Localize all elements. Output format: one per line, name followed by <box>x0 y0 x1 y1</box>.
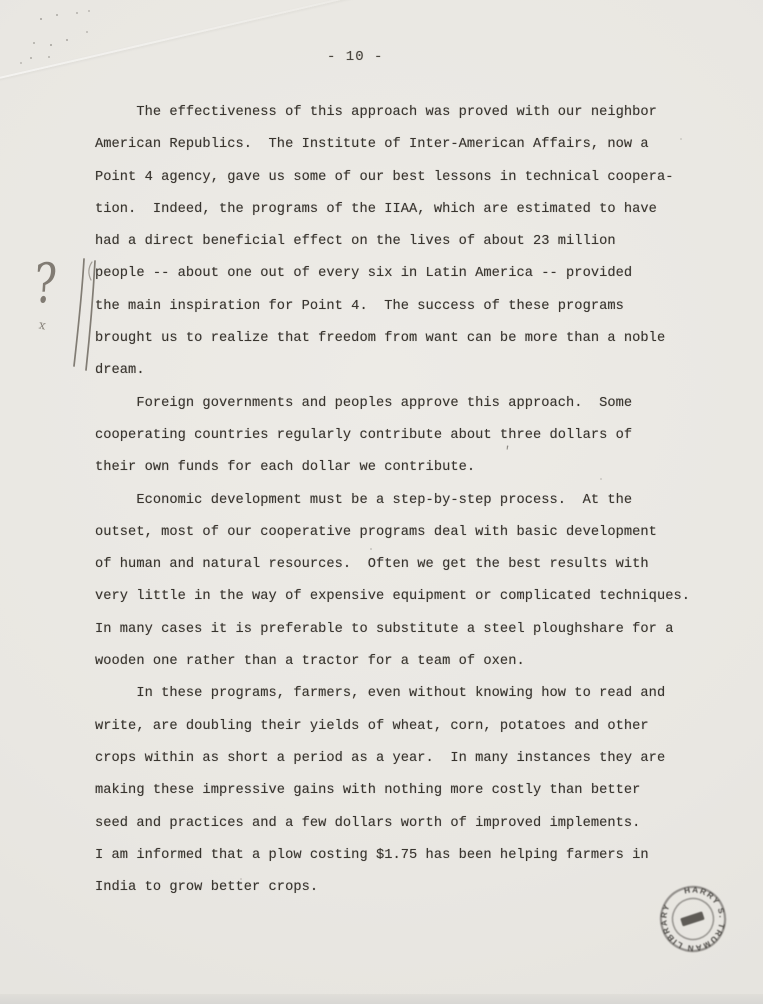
typed-line-19: In these programs, farmers, even without… <box>95 678 715 710</box>
typed-line-17: In many cases it is preferable to substi… <box>95 614 715 646</box>
library-stamp-icon: HARRY S. TRUMAN LIBRARY <box>654 880 732 958</box>
paper-crease <box>0 0 467 88</box>
typed-line-4: tion. Indeed, the programs of the IIAA, … <box>95 194 715 226</box>
typed-line-11: cooperating countries regularly contribu… <box>95 420 715 452</box>
typed-line-1: The effectiveness of this approach was p… <box>95 97 715 129</box>
page-number: - 10 - <box>327 49 383 65</box>
typed-line-5: had a direct beneficial effect on the li… <box>95 226 715 258</box>
typed-line-16: very little in the way of expensive equi… <box>95 581 715 613</box>
typed-line-3: Point 4 agency, gave us some of our best… <box>95 162 715 194</box>
typed-line-24: I am informed that a plow costing $1.75 … <box>95 840 715 872</box>
typed-line-9: dream. <box>95 355 715 387</box>
typed-line-13: Economic development must be a step-by-s… <box>95 485 715 517</box>
typed-line-20: write, are doubling their yields of whea… <box>95 711 715 743</box>
typed-line-8: brought us to realize that freedom from … <box>95 323 715 355</box>
document-page: - 10 - The effectiveness of this approac… <box>0 0 763 1004</box>
margin-emphasis-lines <box>20 245 110 385</box>
typed-line-18: wooden one rather than a tractor for a t… <box>95 646 715 678</box>
typed-line-21: crops within as short a period as a year… <box>95 743 715 775</box>
scan-bottom-edge <box>0 994 763 1004</box>
typed-line-14: outset, most of our cooperative programs… <box>95 517 715 549</box>
typed-line-22: making these impressive gains with nothi… <box>95 775 715 807</box>
typed-line-6: people -- about one out of every six in … <box>95 258 715 290</box>
typed-line-23: seed and practices and a few dollars wor… <box>95 808 715 840</box>
typed-line-7: the main inspiration for Point 4. The su… <box>95 291 715 323</box>
pencil-specks <box>40 18 42 20</box>
typed-lines: The effectiveness of this approach was p… <box>95 97 715 904</box>
typed-line-12: their own funds for each dollar we contr… <box>95 452 715 484</box>
typed-line-10: Foreign governments and peoples approve … <box>95 388 715 420</box>
typed-line-25: India to grow better crops. <box>95 872 715 904</box>
typed-line-15: of human and natural resources. Often we… <box>95 549 715 581</box>
typed-line-2: American Republics. The Institute of Int… <box>95 129 715 161</box>
